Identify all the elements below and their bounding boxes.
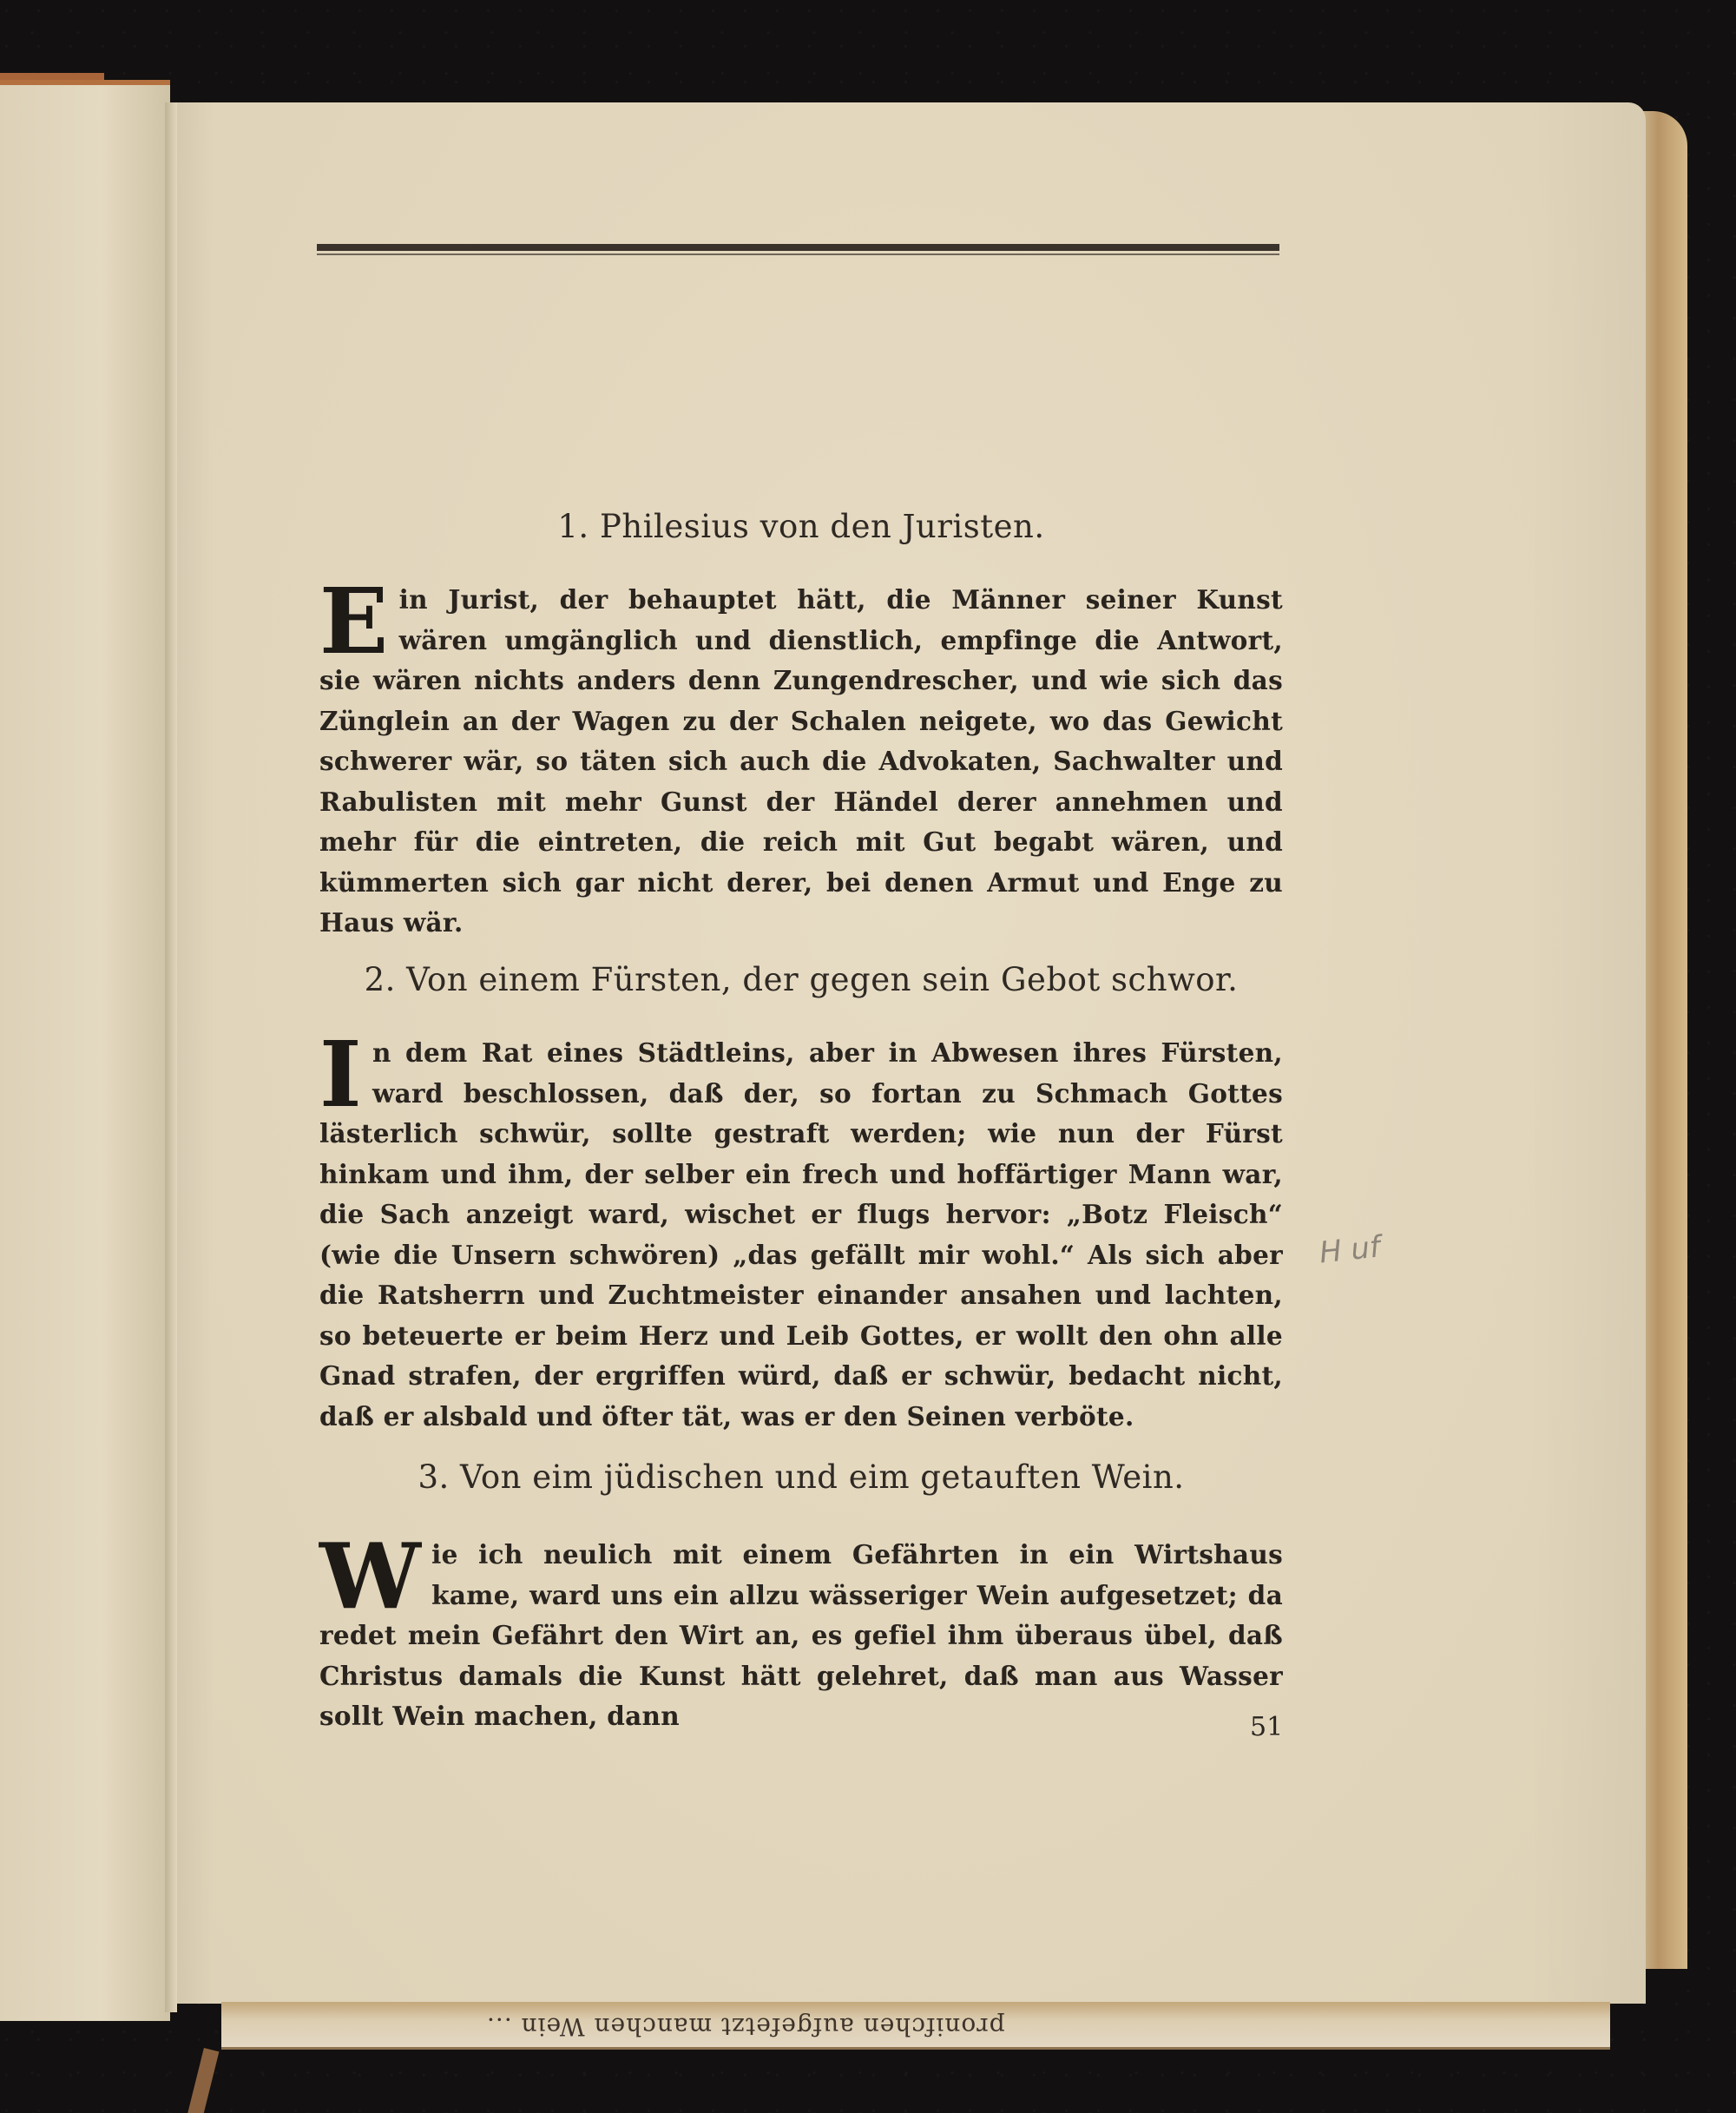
- paragraph: Ein Jurist, der behauptet hätt, die Männ…: [319, 580, 1283, 944]
- header-rule-thick: [317, 244, 1279, 251]
- book-gutter: [165, 102, 177, 2012]
- left-page: [0, 80, 170, 2021]
- section-body-2: In dem Rat eines Städtleins, aber in Abw…: [319, 1033, 1283, 1437]
- paragraph: In dem Rat eines Städtleins, aber in Abw…: [319, 1033, 1283, 1437]
- section-heading-2: 2. Von einem Fürsten, der gegen sein Geb…: [319, 961, 1283, 998]
- paragraph-text: n dem Rat eines Städtleins, aber in Abwe…: [319, 1037, 1283, 1432]
- section-body-3: Wie ich neulich mit einem Gefährten in e…: [319, 1535, 1283, 1737]
- spine-text-fragment: pronifchen aufgefetzt manchen Wein ...: [486, 2012, 1005, 2041]
- drop-cap: I: [319, 1038, 362, 1111]
- section-heading-3: 3. Von eim jüdischen und eim getauften W…: [319, 1458, 1283, 1496]
- header-rule: [317, 244, 1279, 255]
- drop-cap: E: [319, 585, 389, 658]
- page-number: 51: [1250, 1712, 1283, 1742]
- handwritten-margin-note: H uf: [1318, 1229, 1382, 1270]
- paragraph: Wie ich neulich mit einem Gefährten in e…: [319, 1535, 1283, 1737]
- header-rule-thin: [317, 253, 1279, 255]
- section-body-1: Ein Jurist, der behauptet hätt, die Männ…: [319, 580, 1283, 944]
- paragraph-text: in Jurist, der behauptet hätt, die Männe…: [319, 584, 1283, 938]
- paragraph-text: ie ich neulich mit einem Gefährten in ei…: [319, 1539, 1283, 1731]
- section-heading-1: 1. Philesius von den Juristen.: [319, 508, 1283, 545]
- drop-cap: W: [319, 1540, 421, 1613]
